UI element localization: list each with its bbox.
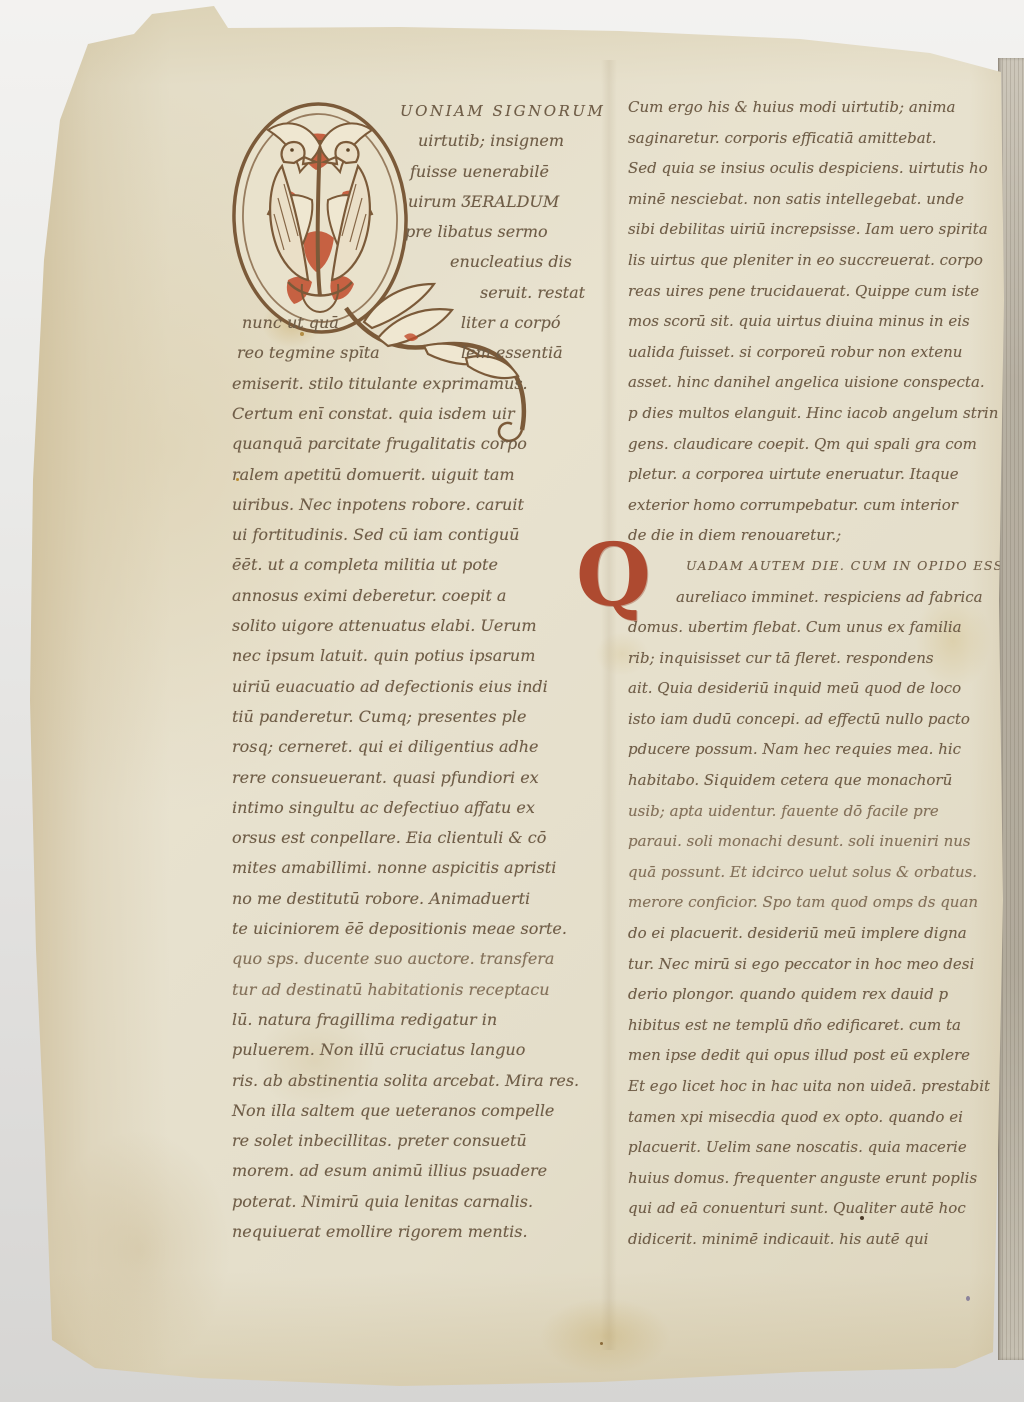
text-line: reas uires pene trucidauerat. Quippe cum…: [628, 276, 1004, 307]
text-column-left: UONIAM SIGNORUMuirtutib; insignemfuisse …: [232, 96, 592, 1247]
center-fold-shadow: [601, 60, 617, 1350]
text-line: uirum ƷERALDUM: [408, 187, 592, 217]
text-line: men ipse dedit qui opus illud post eū ex…: [628, 1040, 1004, 1071]
text-line: Cum ergo his & huius modi uirtutib; anim…: [628, 92, 1004, 123]
text-line: gens. claudicare coepit. Qm qui spali gr…: [628, 429, 1004, 460]
text-line: quanquā parcitate frugalitatis corpo: [232, 429, 592, 459]
text-line: te uiciniorem ēē depositionis meae sorte…: [232, 914, 592, 944]
text-line: ualida fuisset. si corporeū robur non ex…: [628, 337, 1004, 368]
text-line: habitabo. Siquidem cetera que monachorū: [628, 765, 1004, 796]
text-line: rib; inquisisset cur tā fleret. responde…: [628, 643, 1004, 674]
text-line: annosus eximi deberetur. coepit a: [232, 581, 592, 611]
rubric-initial-q: Q: [576, 540, 656, 620]
text-line: morem. ad esum animū illius psuadere: [232, 1156, 592, 1186]
text-line: seruit. restat: [480, 278, 592, 308]
text-line: mos scorū sit. quia uirtus diuina minus …: [628, 306, 1004, 337]
text-line: tur ad destinatū habitationis receptacu: [232, 975, 592, 1005]
text-line: saginaretur. corporis efficatiā amitteba…: [628, 123, 1004, 154]
text-line: sibi debilitas uiriū increpsisse. Iam ue…: [628, 214, 1004, 245]
text-line: uiriū euacuatio ad defectionis eius indi: [232, 672, 592, 702]
text-line: hibitus est ne templū dño edificaret. cu…: [628, 1010, 1004, 1041]
text-line: nunc ut quā liter a corpó: [242, 308, 592, 338]
text-line: Certum enī constat. quia isdem uir: [232, 399, 592, 429]
text-line: uirtutib; insignem: [418, 126, 592, 156]
text-line: tiū panderetur. Cumq; presentes ple: [232, 702, 592, 732]
text-line: rosq; cerneret. qui ei diligentius adhe: [232, 732, 592, 762]
text-line: rere consueuerant. quasi pfundiori ex: [232, 763, 592, 793]
text-line: qui ad eā conuenturi sunt. Qualiter autē…: [628, 1193, 1004, 1224]
text-line: placuerit. Uelim sane noscatis. quia mac…: [628, 1132, 1004, 1163]
text-line: exterior homo corrumpebatur. cum interio…: [628, 490, 1004, 521]
text-line: UADAM AUTEM DIE. CUM IN OPIDO ESSET QUOD: [686, 551, 1004, 582]
text-line: nequiuerat emollire rigorem mentis.: [232, 1217, 592, 1247]
text-line: lū. natura fragillima redigatur in: [232, 1005, 592, 1035]
text-line: tur. Nec mirū si ego peccator in hoc meo…: [628, 949, 1004, 980]
text-line: nec ipsum latuit. quin potius ipsarum: [232, 641, 592, 671]
text-line: emiserit. stilo titulante exprimamus.: [232, 369, 592, 399]
text-line: quā possunt. Et idcirco uelut solus & or…: [628, 857, 1004, 888]
text-line: usib; apta uidentur. fauente dō facile p…: [628, 796, 1004, 827]
text-line: quo sps. ducente suo auctore. transfera: [232, 944, 592, 974]
text-line: mites amabillimi. nonne aspicitis aprist…: [232, 853, 592, 883]
ink-speck: [966, 1296, 970, 1301]
text-line: de die in diem renouaretur.;: [628, 520, 1004, 551]
text-line: merore conficior. Spo tam quod omps ds q…: [628, 887, 1004, 918]
text-lines-right: Cum ergo his & huius modi uirtutib; anim…: [628, 92, 1004, 1255]
text-line: intimo singultu ac defectiuo affatu ex: [232, 793, 592, 823]
text-line: p dies multos elanguit. Hinc iacob angel…: [628, 398, 1004, 429]
text-line: uiribus. Nec inpotens robore. caruit: [232, 490, 592, 520]
text-line: asset. hinc danihel angelica uisione con…: [628, 367, 1004, 398]
text-line: reo tegmine spīta lem essentiā: [237, 338, 592, 368]
text-line: isto iam dudū concepi. ad effectū nullo …: [628, 704, 1004, 735]
text-line: poterat. Nimirū quia lenitas carnalis.: [232, 1187, 592, 1217]
ink-speck: [600, 1342, 603, 1345]
text-line: UONIAM SIGNORUM: [400, 96, 592, 126]
text-line: fuisse uenerabilē: [410, 157, 592, 187]
text-line: tamen xpi misecdia quod ex opto. quando …: [628, 1102, 1004, 1133]
text-line: ēēt. ut a completa militia ut pote: [232, 550, 592, 580]
text-line: ait. Quia desideriū inquid meū quod de l…: [628, 673, 1004, 704]
text-line: Non illa saltem que ueteranos compelle: [232, 1096, 592, 1126]
text-column-right: Q Cum ergo his & huius modi uirtutib; an…: [628, 92, 1004, 1255]
text-lines-left: UONIAM SIGNORUMuirtutib; insignemfuisse …: [232, 96, 592, 1247]
text-line: pletur. a corporea uirtute eneruatur. It…: [628, 459, 1004, 490]
text-line: derio plongor. quando quidem rex dauid p: [628, 979, 1004, 1010]
text-line: ris. ab abstinentia solita arcebat. Mira…: [232, 1066, 592, 1096]
text-line: domus. ubertim flebat. Cum unus ex famil…: [628, 612, 1004, 643]
text-line: pre libatus sermo: [405, 217, 592, 247]
text-line: Sed quia se insius oculis despiciens. ui…: [628, 153, 1004, 184]
text-line: orsus est conpellare. Eia clientuli & cō: [232, 823, 592, 853]
stain: [50, 1130, 230, 1370]
manuscript-photo: UONIAM SIGNORUMuirtutib; insignemfuisse …: [0, 0, 1024, 1402]
text-line: paraui. soli monachi desunt. soli inueni…: [628, 826, 1004, 857]
text-line: lis uirtus que pleniter in eo succreuera…: [628, 245, 1004, 276]
text-line: huius domus. frequenter anguste erunt po…: [628, 1163, 1004, 1194]
text-line: Et ego licet hoc in hac uita non uideā. …: [628, 1071, 1004, 1102]
text-line: re solet inbecillitas. preter consuetū: [232, 1126, 592, 1156]
text-line: aureliaco imminet. respiciens ad fabrica: [676, 582, 1004, 613]
text-line: minē nesciebat. non satis intellegebat. …: [628, 184, 1004, 215]
text-line: enucleatius dis: [450, 247, 592, 277]
text-line: ui fortitudinis. Sed cū iam contiguū: [232, 520, 592, 550]
text-line: pducere possum. Nam hec requies mea. hic: [628, 734, 1004, 765]
text-line: solito uigore attenuatus elabi. Uerum: [232, 611, 592, 641]
text-line: do ei placuerit. desideriū meū implere d…: [628, 918, 1004, 949]
text-line: puluerem. Non illū cruciatus languo: [232, 1035, 592, 1065]
text-line: didicerit. minimē indicauit. his autē qu…: [628, 1224, 1004, 1255]
text-line: ralem apetitū domuerit. uiguit tam: [232, 460, 592, 490]
text-line: no me destitutū robore. Animaduerti: [232, 884, 592, 914]
parchment-page: UONIAM SIGNORUMuirtutib; insignemfuisse …: [0, 0, 1024, 1402]
